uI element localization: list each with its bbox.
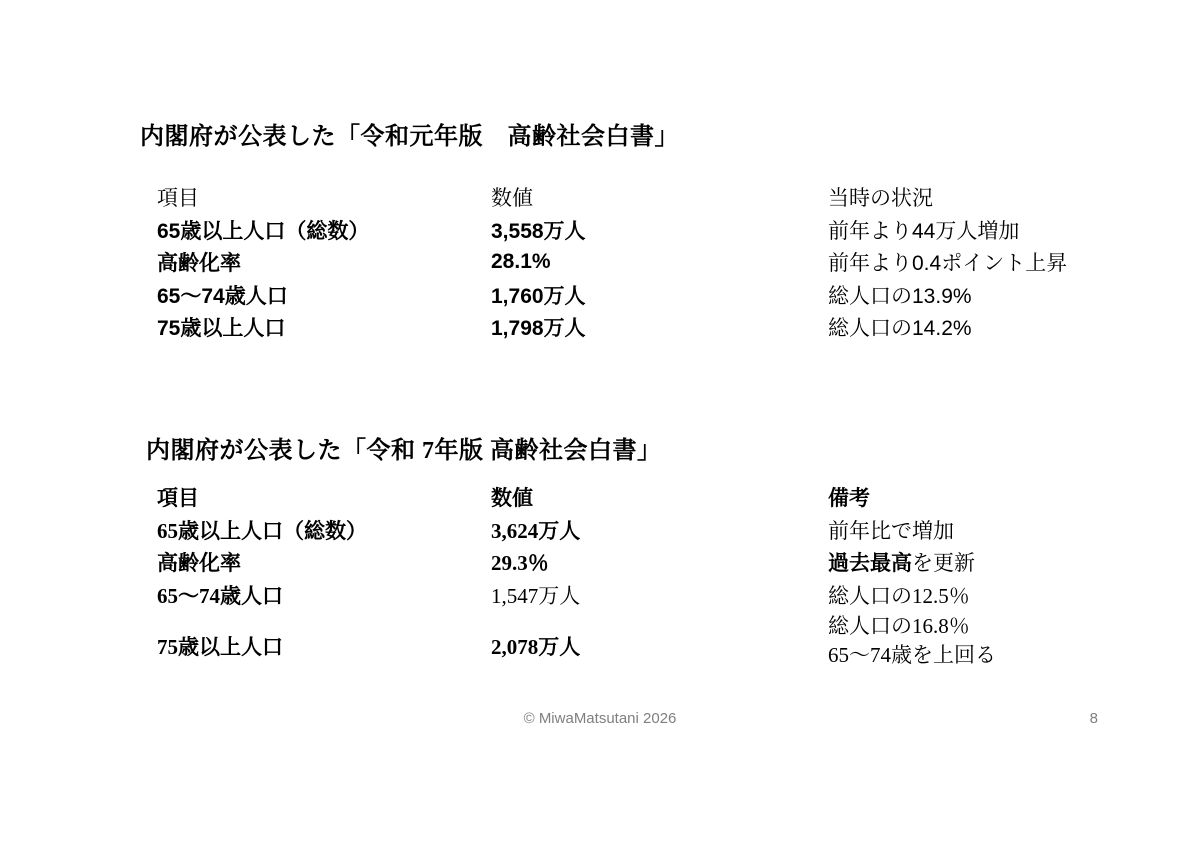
table-row: 高齢化率 28.1% 前年より0.4ポイント上昇 [157, 246, 1067, 279]
cell-value: 28.1% [491, 250, 828, 274]
cell-note: 総人口の14.2% [828, 312, 972, 342]
section-title-reiwa7: 内閣府が公表した「令和 7年版 高齢社会白書」 [146, 430, 662, 465]
table-reiwa7: 項目 数値 備考 65歳以上人口（総数） 3,624万人 前年比で増加 高齢化率… [157, 481, 996, 663]
table-row: 65歳以上人口（総数） 3,624万人 前年比で増加 [157, 514, 996, 547]
cell-value: 1,760万人 [491, 280, 828, 310]
cell-value: 1,798万人 [491, 312, 828, 342]
cell-item: 高齢化率 [157, 547, 491, 577]
cell-note: 前年比で増加 [828, 515, 954, 545]
header-item: 項目 [157, 182, 491, 212]
table-row: 75歳以上人口 1,798万人 総人口の14.2% [157, 311, 1067, 344]
cell-item: 75歳以上人口 [157, 312, 491, 342]
cell-note: 総人口の13.9% [828, 280, 972, 310]
header-value: 数値 [491, 482, 828, 512]
cell-item: 65～74歳人口 [157, 280, 491, 310]
cell-note: 過去最高を更新 [828, 547, 975, 577]
cell-note: 前年より0.4ポイント上昇 [828, 247, 1067, 277]
cell-note-rest: を更新 [912, 551, 975, 575]
cell-note-line2: 65～74歳を上回る [828, 641, 996, 670]
cell-item: 高齢化率 [157, 247, 491, 277]
footer-page-number: 8 [1090, 710, 1098, 727]
header-note: 備考 [828, 482, 870, 512]
table-row: 高齢化率 29.3％ 過去最高を更新 [157, 546, 996, 579]
cell-value: 3,624万人 [491, 515, 828, 545]
footer-copyright: © MiwaMatsutani 2026 [0, 710, 1200, 727]
table-header-row: 項目 数値 備考 [157, 481, 996, 514]
cell-item: 65歳以上人口（総数） [157, 515, 491, 545]
table-row: 65歳以上人口（総数） 3,558万人 前年より44万人増加 [157, 214, 1067, 247]
cell-value: 2,078万人 [491, 611, 828, 661]
cell-item: 65～74歳人口 [157, 580, 491, 610]
header-note: 当時の状況 [828, 182, 933, 212]
table-header-row: 項目 数値 当時の状況 [157, 181, 1067, 214]
cell-note: 前年より44万人増加 [828, 215, 1019, 245]
cell-value: 29.3％ [491, 547, 828, 577]
section-title-reiwa1: 内閣府が公表した「令和元年版 高齢社会白書」 [140, 116, 679, 151]
table-row: 65～74歳人口 1,547万人 総人口の12.5％ [157, 579, 996, 612]
cell-value: 1,547万人 [491, 580, 828, 610]
cell-item: 75歳以上人口 [157, 611, 491, 661]
header-value: 数値 [491, 182, 828, 212]
cell-value: 3,558万人 [491, 215, 828, 245]
table-row: 75歳以上人口 2,078万人 総人口の16.8％ 65～74歳を上回る [157, 611, 996, 663]
cell-note-emphasis: 過去最高 [828, 551, 912, 575]
cell-note: 総人口の16.8％ 65～74歳を上回る [828, 611, 996, 670]
table-reiwa1: 項目 数値 当時の状況 65歳以上人口（総数） 3,558万人 前年より44万人… [157, 181, 1067, 344]
slide: 内閣府が公表した「令和元年版 高齢社会白書」 項目 数値 当時の状況 65歳以上… [0, 0, 1200, 848]
table-row: 65～74歳人口 1,760万人 総人口の13.9% [157, 279, 1067, 312]
cell-note-line1: 総人口の16.8％ [828, 612, 996, 641]
header-item: 項目 [157, 482, 491, 512]
cell-item: 65歳以上人口（総数） [157, 215, 491, 245]
cell-note: 総人口の12.5％ [828, 580, 970, 610]
